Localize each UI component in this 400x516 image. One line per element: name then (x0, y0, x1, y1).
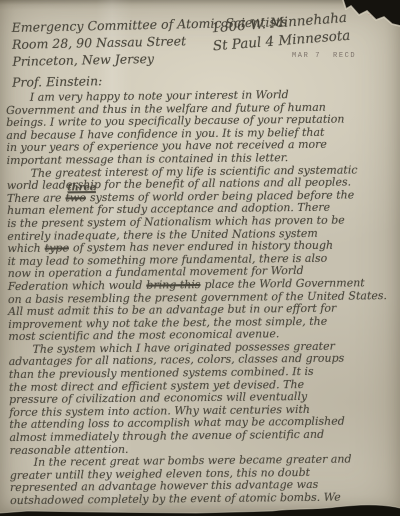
salutation: Prof. Einstein: (12, 73, 103, 90)
received-date-stamp: MAR 7 RECD (292, 52, 356, 60)
edit-before-text: which (7, 242, 40, 255)
struck-words: bring this (146, 278, 200, 292)
stamp-code: RECD (333, 52, 356, 60)
bottom-paper-edge (0, 502, 400, 516)
correction: twothree (65, 192, 86, 205)
letter-body: I am very happy to note your interest in… (6, 88, 400, 508)
torn-corner (330, 0, 400, 34)
edit-before-text: Federation which would (8, 279, 143, 293)
edit-before-text: There are (7, 191, 62, 205)
letter-page: Emergency Committee of Atomic Scientists… (0, 0, 400, 516)
stamp-date: MAR 7 (292, 52, 321, 60)
inserted-word: three (67, 183, 95, 193)
struck-word: type (45, 242, 69, 255)
